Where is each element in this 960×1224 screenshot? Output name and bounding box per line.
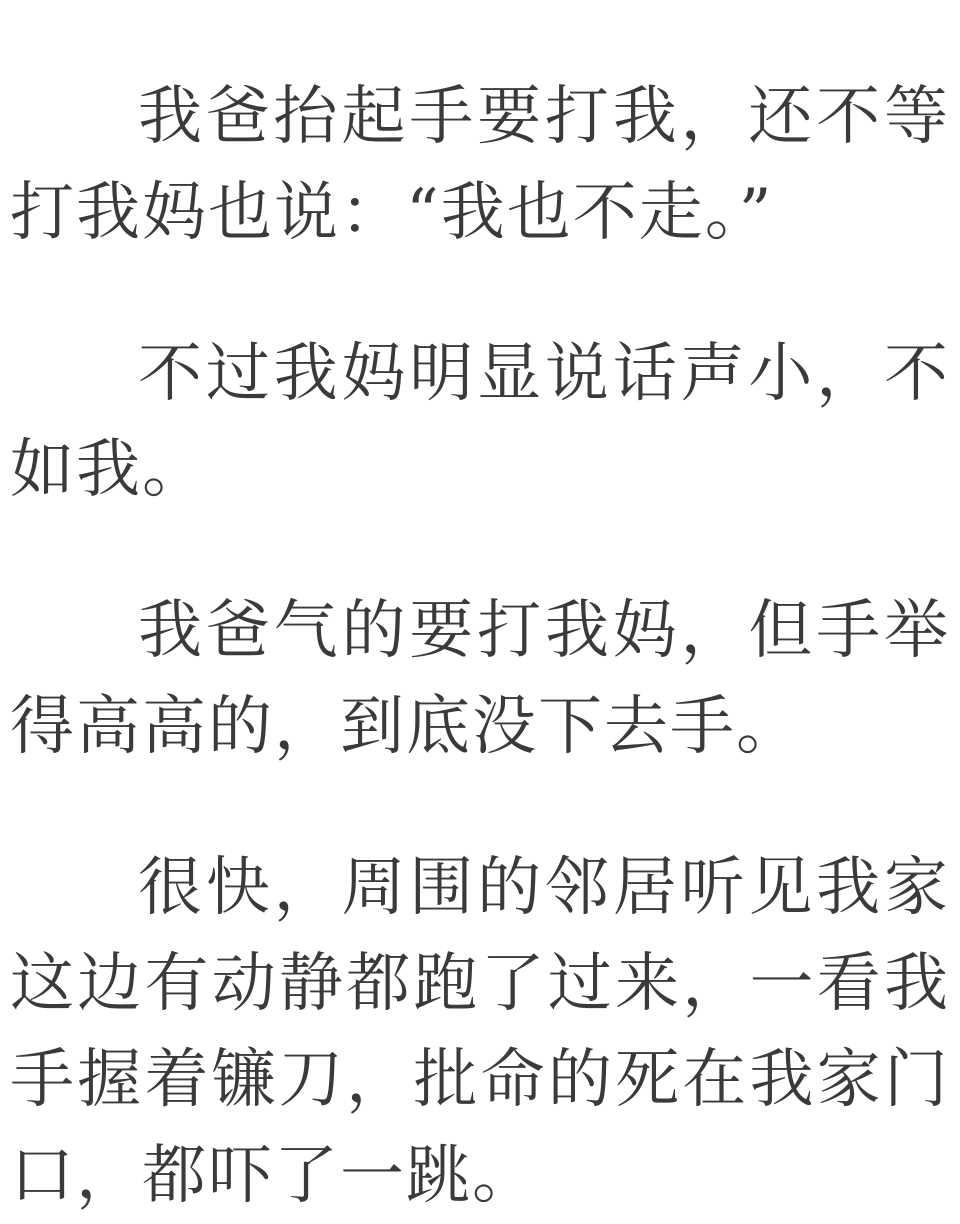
- story-paragraph-3: 我爸气的要打我妈，但手举得高高的，到底没下去手。: [10, 583, 950, 775]
- reading-page: 我爸抬起手要打我，还不等打我妈也说：“我也不走。” 不过我妈明显说话声小，不如我…: [0, 0, 960, 1224]
- story-paragraph-1: 我爸抬起手要打我，还不等打我妈也说：“我也不走。”: [10, 69, 950, 261]
- story-paragraph-4: 很快，周围的邻居听见我家这边有动静都跑了过来，一看我手握着镰刀，批命的死在我家门…: [10, 840, 950, 1224]
- story-paragraph-2: 不过我妈明显说话声小，不如我。: [10, 326, 950, 518]
